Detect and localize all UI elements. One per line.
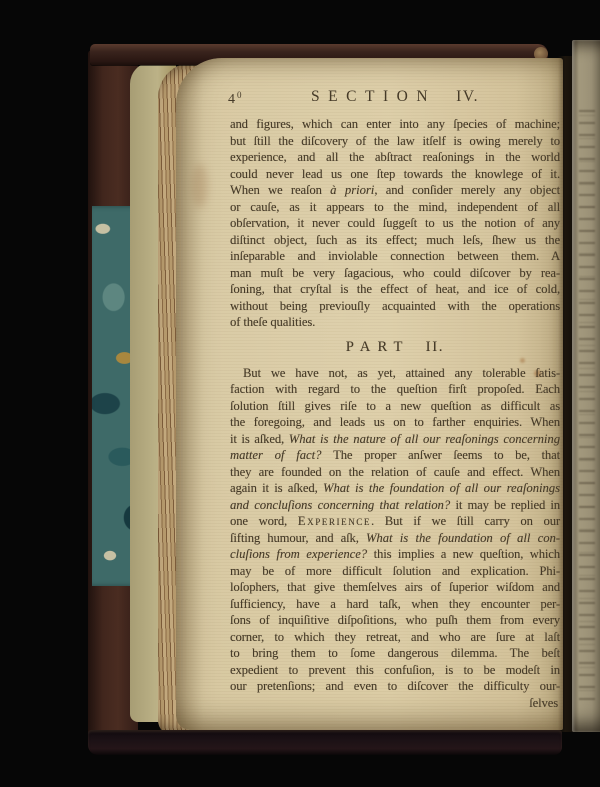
text-line: without being previouſly acquainted with… (230, 298, 560, 315)
book-page: 40 SECTIONIV. and figures, which can ent… (176, 58, 563, 730)
text-line: obſervation, it never could ſuggeſt to u… (230, 215, 560, 232)
page-number: 40 (228, 90, 243, 108)
text-line: one word, Experience. But if we ſtill ca… (230, 513, 560, 530)
text-line: the foregoing, and leads us on to farthe… (230, 414, 560, 431)
text-line: it is aſked, What is the nature of all o… (230, 431, 560, 448)
text-line: could never lead us one ſtep towards the… (230, 166, 560, 183)
catchword: ſelves (230, 695, 560, 711)
text-line: ſoning, that cryſtal is the effect of he… (230, 281, 560, 298)
text-line: inſeparable and inviolable connection be… (230, 248, 560, 265)
text-line: cluſions from experience? this implies a… (230, 546, 560, 563)
book-photo: 40 SECTIONIV. and figures, which can ent… (0, 0, 600, 787)
text-line: corner, to which they retreat, and who a… (230, 629, 560, 646)
part-heading: PARTII. (230, 337, 560, 357)
text-line: experience, and all the abſtract reaſoni… (230, 149, 560, 166)
leather-cover-bottom-edge (88, 730, 562, 755)
text-line: ſolution ſtill gives riſe to a new queſt… (230, 398, 560, 415)
text-line: ſons of inquiſitive diſpoſitions, who pu… (230, 612, 560, 629)
text-line: or cauſe, as it appears to the mind, ind… (230, 199, 560, 216)
page-header: 40 SECTIONIV. (230, 88, 560, 106)
text-line: our pretenſions; and even to diſcover th… (230, 678, 560, 695)
text-line: of theſe qualities. (230, 314, 560, 331)
facing-page-text-blur (579, 110, 595, 710)
text-line: again it is aſked, What is the foundatio… (230, 480, 560, 497)
text-line: to bring them to ſome dangerous dilemma.… (230, 645, 560, 662)
section-title: SECTIONIV. (230, 88, 560, 106)
facing-page-sliver (572, 40, 600, 732)
text-line: ſifting humour, and aſk, What is the fou… (230, 530, 560, 547)
text-line: and concluſions concerning that relation… (230, 497, 560, 514)
text-line: ſufficiency, have a hard taſk, when they… (230, 596, 560, 613)
text-line: may be of more difficult ſolution and ex… (230, 563, 560, 580)
text-line: they are founded on the relation of cauſ… (230, 464, 560, 481)
body-text: and figures, which can enter into any ſp… (230, 116, 560, 711)
text-line: man muſt be very ſagacious, who could di… (230, 265, 560, 282)
text-line: expedient to prevent this confuſion, is … (230, 662, 560, 679)
text-line: but ſtill the diſcovery of the law itſel… (230, 133, 560, 150)
text-line: and figures, which can enter into any ſp… (230, 116, 560, 133)
page-stain (192, 164, 208, 208)
text-line: diſtinct object, ſuch as its effect; muc… (230, 232, 560, 249)
text-line: matter of fact? The proper anſwer ſeems … (230, 447, 560, 464)
text-line: faction with regard to the queſtion firſ… (230, 381, 560, 398)
text-line: But we have not, as yet, attained any to… (230, 365, 560, 382)
text-line: When we reaſon à priori, and conſider me… (230, 182, 560, 199)
text-line: loſophers, that give themſelves airs of … (230, 579, 560, 596)
